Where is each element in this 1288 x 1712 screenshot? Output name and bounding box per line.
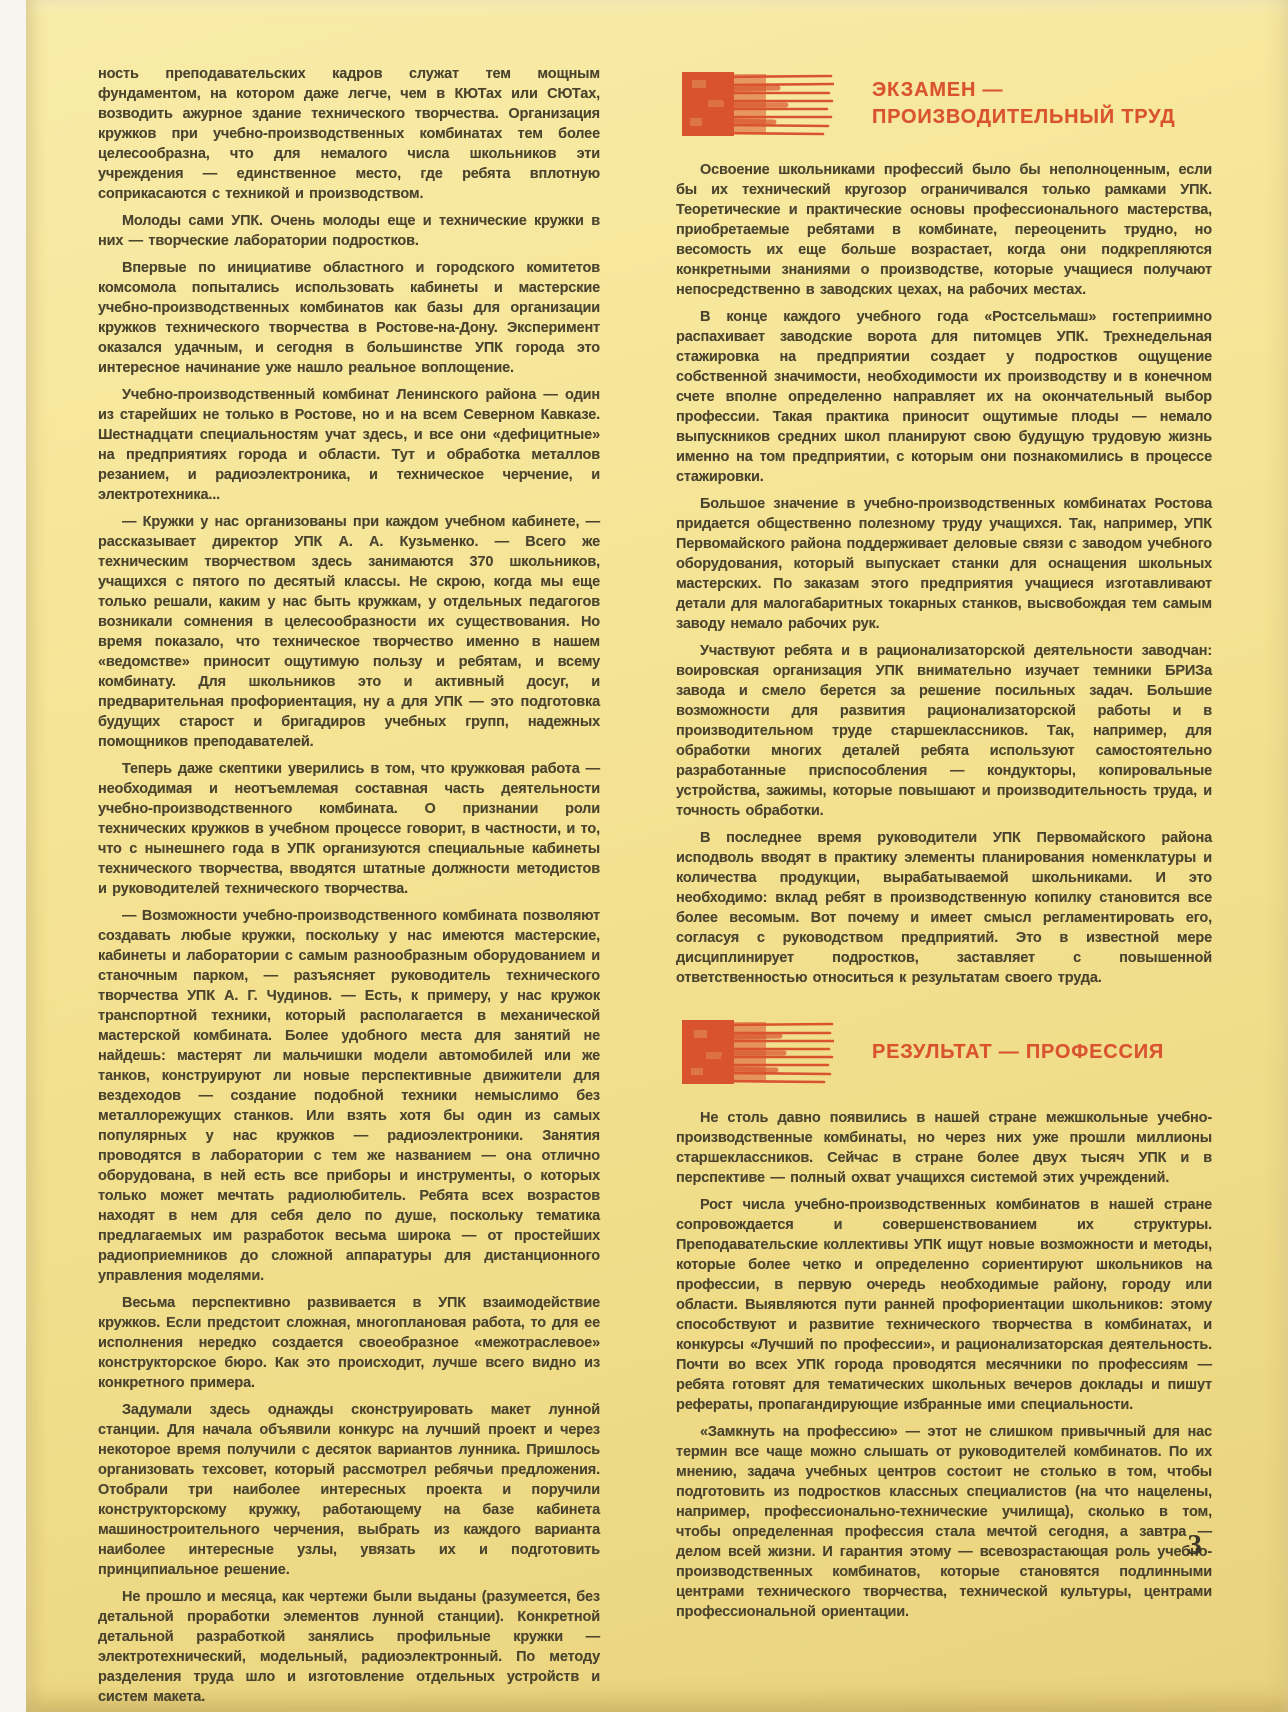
paragraph: Рост числа учебно-производственных комби… (676, 1195, 1212, 1415)
left-column: ность преподавательских кадров служат те… (98, 64, 600, 1707)
paragraph: Учебно-производственный комбинат Ленинск… (98, 385, 600, 505)
paper-sheet: ность преподавательских кадров служат те… (26, 0, 1288, 1712)
section-header-exam: ЭКЗАМЕН — ПРОИЗВОДИТЕЛЬНЫЙ ТРУД (682, 70, 1212, 138)
paragraph: В последнее время руководители УПК Перво… (676, 828, 1212, 988)
paragraph: Задумали здесь однажды сконструировать м… (98, 1400, 600, 1580)
paragraph: Участвуют ребята и в рационализаторской … (676, 641, 1212, 821)
section-title-line: ЭКЗАМЕН — (872, 77, 1175, 104)
paragraph: Освоение школьниками профессий было бы н… (676, 160, 1212, 300)
page-content: ность преподавательских кадров служат те… (98, 64, 1212, 1707)
paragraph: Большое значение в учебно-производственн… (676, 494, 1212, 634)
section-header-result: РЕЗУЛЬТАТ — ПРОФЕССИЯ (682, 1018, 1212, 1086)
paragraph: — Возможности учебно-производственного к… (98, 906, 600, 1286)
red-streak-mark-icon (682, 1018, 834, 1086)
paragraph: Не прошло и месяца, как чертежи были выд… (98, 1587, 600, 1707)
paragraph: ность преподавательских кадров служат те… (98, 64, 600, 204)
magazine-page-scan: ность преподавательских кадров служат те… (0, 0, 1288, 1712)
paragraph: Впервые по инициативе областного и город… (98, 258, 600, 378)
paragraph: — Кружки у нас организованы при каждом у… (98, 512, 600, 752)
paragraph: В конце каждого учебного года «Ростсельм… (676, 307, 1212, 487)
paragraph: Весьма перспективно развивается в УПК вз… (98, 1293, 600, 1393)
right-column: ЭКЗАМЕН — ПРОИЗВОДИТЕЛЬНЫЙ ТРУД Освоение… (676, 64, 1212, 1707)
paragraph: Молоды сами УПК. Очень молоды еще и техн… (98, 211, 600, 251)
paragraph: «Замкнуть на профессию» — этот не слишко… (676, 1422, 1212, 1622)
section-title-line: ПРОИЗВОДИТЕЛЬНЫЙ ТРУД (872, 104, 1175, 131)
section-title-line: РЕЗУЛЬТАТ — ПРОФЕССИЯ (872, 1039, 1164, 1066)
paragraph: Теперь даже скептики уверились в том, чт… (98, 759, 600, 899)
red-streak-mark-icon (682, 70, 834, 138)
paragraph: Не столь давно появились в нашей стране … (676, 1108, 1212, 1188)
page-number: 3 (1188, 1529, 1203, 1562)
section-title-exam: ЭКЗАМЕН — ПРОИЗВОДИТЕЛЬНЫЙ ТРУД (872, 77, 1175, 131)
section-title-result: РЕЗУЛЬТАТ — ПРОФЕССИЯ (872, 1039, 1164, 1066)
